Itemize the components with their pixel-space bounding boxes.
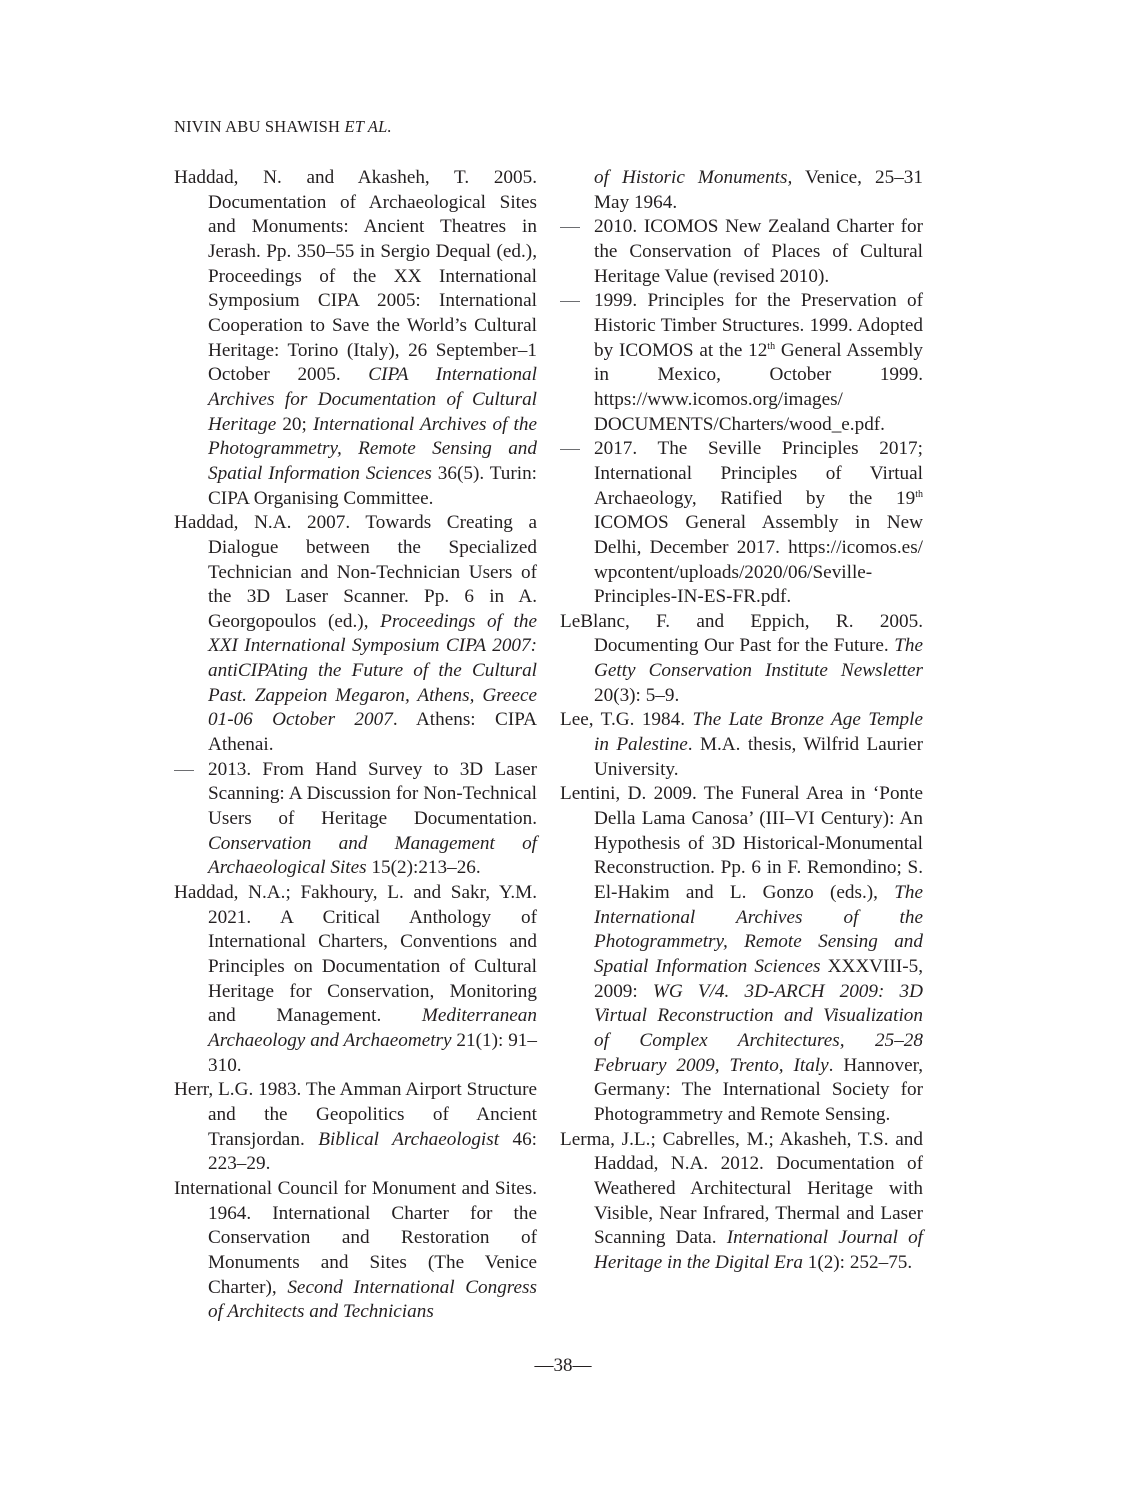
- reference-entry: International Council for Monument and S…: [174, 1177, 537, 1325]
- reference-text: 2013. From Hand Survey to 3D Laser Scann…: [208, 759, 537, 829]
- running-head: NIVIN ABU SHAWISH ET AL.: [174, 117, 392, 137]
- running-head-etal: ET AL.: [345, 117, 392, 136]
- reference-text: 20;: [276, 414, 313, 435]
- ditto-dash-icon: [560, 449, 580, 450]
- reference-text: 2017. The Seville Principles 2017; Inter…: [594, 438, 923, 508]
- running-head-author: NIVIN ABU SHAWISH: [174, 117, 340, 136]
- reference-text: 15(2):213–26.: [367, 857, 481, 878]
- reference-entry: Haddad, N.A.; Fakhoury, L. and Sakr, Y.M…: [174, 881, 537, 1078]
- reference-entry: Lentini, D. 2009. The Funeral Area in ‘P…: [560, 782, 923, 1127]
- reference-entry: 1999. Principles for the Preservation of…: [560, 289, 923, 437]
- reference-entry: LeBlanc, F. and Eppich, R. 2005. Documen…: [560, 610, 923, 709]
- references-column-left: Haddad, N. and Akasheh, T. 2005. Documen…: [174, 166, 537, 1325]
- reference-entry: Lee, T.G. 1984. The Late Bronze Age Temp…: [560, 708, 923, 782]
- reference-text: 2010. ICOMOS New Zealand Charter for the…: [594, 216, 923, 286]
- ordinal-superscript: th: [767, 341, 775, 352]
- ordinal-superscript: th: [915, 489, 923, 500]
- reference-text: Haddad, N. and Akasheh, T. 2005. Documen…: [174, 167, 537, 385]
- reference-text: ICOMOS General Assembly in New Delhi, De…: [594, 512, 923, 607]
- reference-entry: 2010. ICOMOS New Zealand Charter for the…: [560, 215, 923, 289]
- reference-text: Lentini, D. 2009. The Funeral Area in ‘P…: [560, 783, 923, 903]
- reference-text: 1(2): 252–75.: [803, 1252, 912, 1273]
- reference-entry: 2013. From Hand Survey to 3D Laser Scann…: [174, 758, 537, 881]
- reference-italic-text: Biblical Archaeologist: [318, 1129, 499, 1150]
- reference-entry: Haddad, N.A. 2007. Towards Creating a Di…: [174, 511, 537, 758]
- ditto-dash-icon: [560, 227, 580, 228]
- reference-italic-text: of Historic Monuments,: [594, 167, 792, 188]
- reference-text: Lee, T.G. 1984.: [560, 709, 692, 730]
- page-number: —38—: [0, 1355, 1126, 1377]
- ditto-dash-icon: [174, 770, 194, 771]
- reference-text: 20(3): 5–9.: [594, 685, 679, 706]
- reference-entry: 2017. The Seville Principles 2017; Inter…: [560, 437, 923, 610]
- reference-entry: Lerma, J.L.; Cabrelles, M.; Akasheh, T.S…: [560, 1128, 923, 1276]
- reference-entry: Haddad, N. and Akasheh, T. 2005. Documen…: [174, 166, 537, 511]
- ditto-dash-icon: [560, 301, 580, 302]
- reference-entry: Herr, L.G. 1983. The Amman Airport Struc…: [174, 1078, 537, 1177]
- references-column-right: of Historic Monuments, Venice, 25–31 May…: [560, 166, 923, 1276]
- reference-continuation: of Historic Monuments, Venice, 25–31 May…: [560, 166, 923, 215]
- reference-text: LeBlanc, F. and Eppich, R. 2005. Documen…: [560, 611, 923, 657]
